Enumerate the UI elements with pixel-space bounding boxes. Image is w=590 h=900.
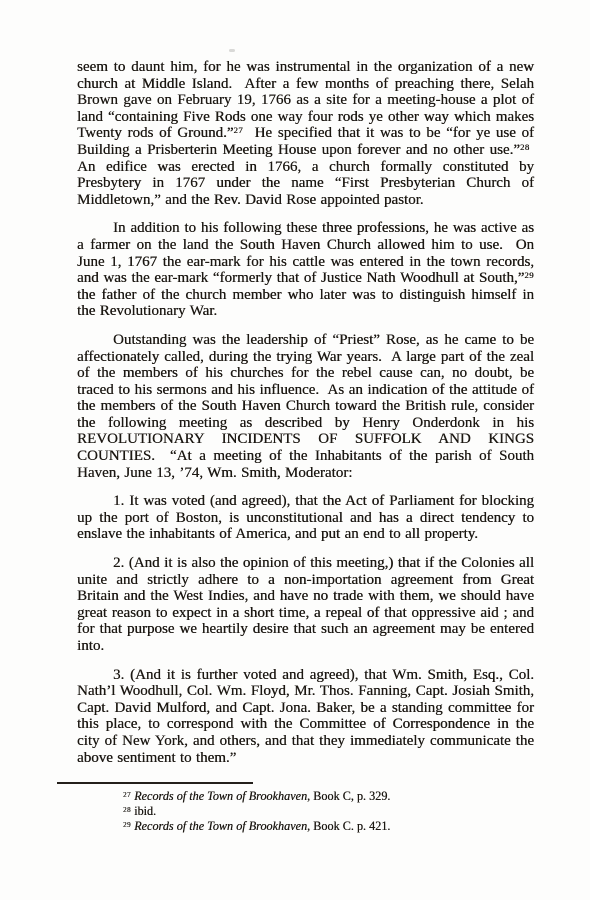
book-page: seem to daunt him, for he was instrument… — [0, 0, 590, 900]
paragraph-resolution-2: 2. (And it is also the opinion of this m… — [77, 555, 534, 655]
footnotes: 27Records of the Town of Brookhaven, Boo… — [123, 789, 534, 835]
footnote-27: 27Records of the Town of Brookhaven, Boo… — [123, 789, 534, 804]
footnote-29: 29Records of the Town of Brookhaven, Boo… — [123, 819, 534, 834]
paragraph-resolution-1: 1. It was voted (and agreed), that the A… — [77, 493, 534, 543]
footnote-ref-28: 28 — [520, 142, 530, 152]
footnote-ref-27: 27 — [233, 125, 243, 135]
footnote-divider — [57, 782, 253, 784]
text-block: seem to daunt him, for he was instrument… — [77, 59, 534, 766]
footnote-marker: 28 — [123, 806, 131, 814]
footnote-marker: 29 — [123, 821, 131, 829]
paragraph-3: Outstanding was the leadership of “Pries… — [77, 332, 534, 481]
footnote-28: 28ibid. — [123, 804, 534, 819]
paragraph-2: In addition to his following these three… — [77, 220, 534, 320]
footnote-title: Records of the Town of Brookhaven — [134, 789, 307, 803]
paragraph-1: seem to daunt him, for he was instrument… — [77, 59, 534, 208]
footnote-text: , Book C, p. 329. — [307, 789, 390, 803]
footnote-ref-29: 29 — [524, 270, 534, 280]
footnote-title: Records of the Town of Brookhaven — [134, 819, 307, 833]
footnote-text: ibid. — [134, 804, 156, 818]
paragraph-resolution-3: 3. (And it is further voted and agreed),… — [77, 667, 534, 767]
scan-speck — [229, 49, 235, 52]
footnote-marker: 27 — [123, 791, 131, 799]
footnote-section: 27Records of the Town of Brookhaven, Boo… — [77, 779, 534, 835]
footnote-text: , Book C. p. 421. — [307, 819, 390, 833]
